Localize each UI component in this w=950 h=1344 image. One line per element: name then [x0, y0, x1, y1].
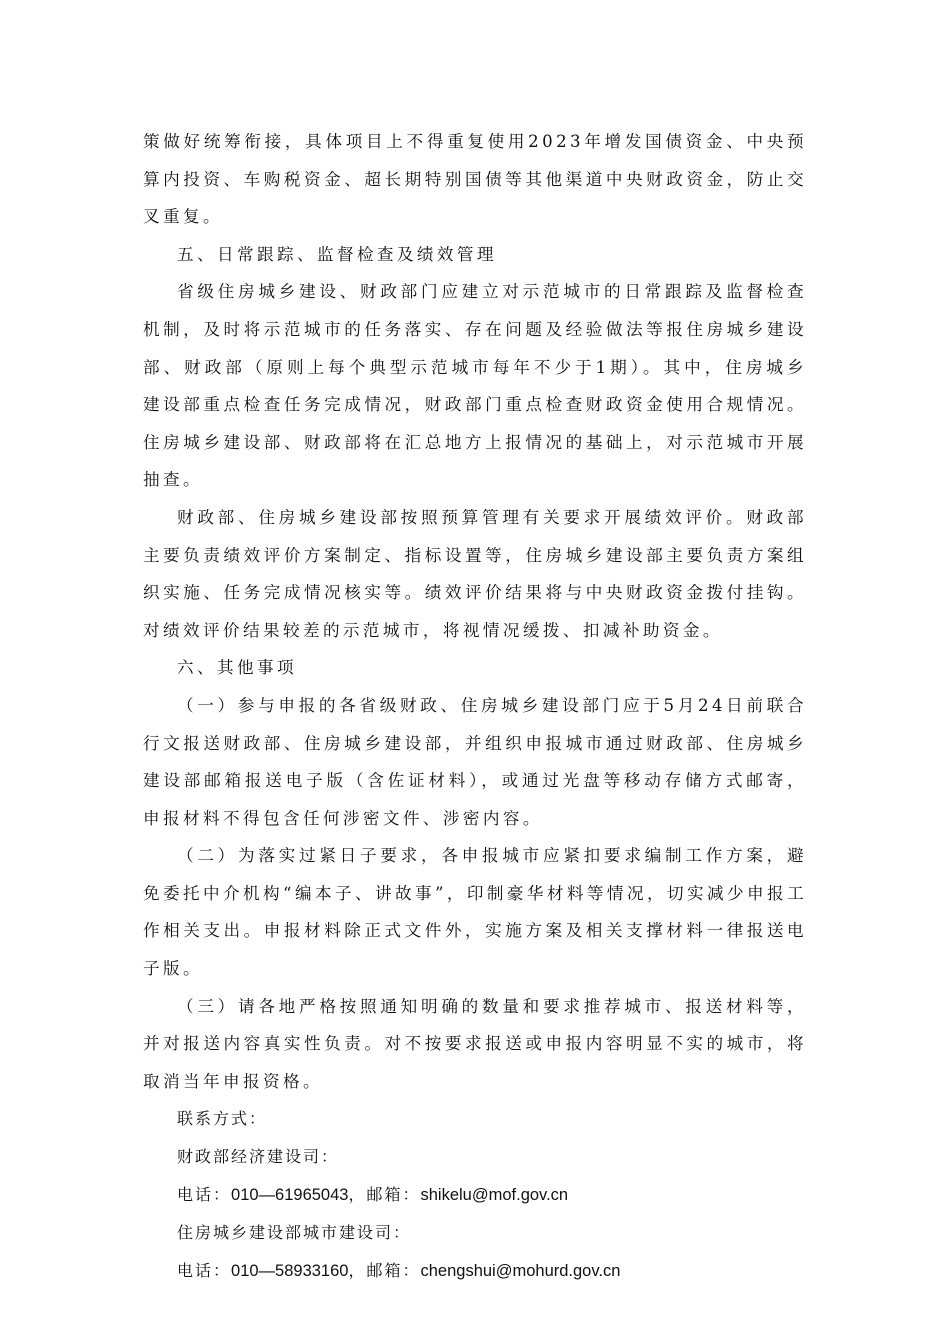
- mohurd-dept: 住房城乡建设部城市建设司：: [143, 1214, 807, 1252]
- section-heading-6: 六、其他事项: [143, 649, 807, 687]
- paragraph-supervision: 省级住房城乡建设、财政部门应建立对示范城市的日常跟踪及监督检查机制，及时将示范城…: [143, 273, 807, 499]
- paragraph-performance: 财政部、住房城乡建设部按照预算管理有关要求开展绩效评价。财政部主要负责绩效评价方…: [143, 499, 807, 649]
- paragraph-item-3: （三）请各地严格按照通知明确的数量和要求推荐城市、报送材料等，并对报送内容真实性…: [143, 988, 807, 1101]
- email-label: 邮箱：: [366, 1185, 420, 1204]
- paragraph-item-1: （一）参与申报的各省级财政、住房城乡建设部门应于5月24日前联合行文报送财政部、…: [143, 687, 807, 837]
- document-page: 策做好统筹衔接，具体项目上不得重复使用2023年增发国债资金、中央预算内投资、车…: [143, 123, 807, 1290]
- separator: ，: [348, 1185, 366, 1204]
- email-label: 邮箱：: [366, 1261, 420, 1280]
- mof-email-link[interactable]: shikelu@mof.gov.cn: [421, 1186, 569, 1204]
- paragraph-continued: 策做好统筹衔接，具体项目上不得重复使用2023年增发国债资金、中央预算内投资、车…: [143, 123, 807, 236]
- mof-dept: 财政部经济建设司：: [143, 1138, 807, 1176]
- phone-label: 电话：: [177, 1261, 231, 1280]
- mof-phone: 010—61965043: [231, 1186, 348, 1204]
- phone-label: 电话：: [177, 1185, 231, 1204]
- mohurd-phone: 010—58933160: [231, 1262, 348, 1280]
- contact-section: 联系方式： 财政部经济建设司： 电话：010—61965043，邮箱：shike…: [143, 1100, 807, 1290]
- mof-contact-line: 电话：010—61965043，邮箱：shikelu@mof.gov.cn: [143, 1176, 807, 1215]
- section-heading-5: 五、日常跟踪、监督检查及绩效管理: [143, 236, 807, 274]
- mohurd-contact-line: 电话：010—58933160，邮箱：chengshui@mohurd.gov.…: [143, 1252, 807, 1291]
- contact-label: 联系方式：: [143, 1100, 807, 1138]
- paragraph-item-2: （二）为落实过紧日子要求，各申报城市应紧扣要求编制工作方案，避免委托中介机构“编…: [143, 837, 807, 987]
- mohurd-email-link[interactable]: chengshui@mohurd.gov.cn: [421, 1262, 621, 1280]
- separator: ，: [348, 1261, 366, 1280]
